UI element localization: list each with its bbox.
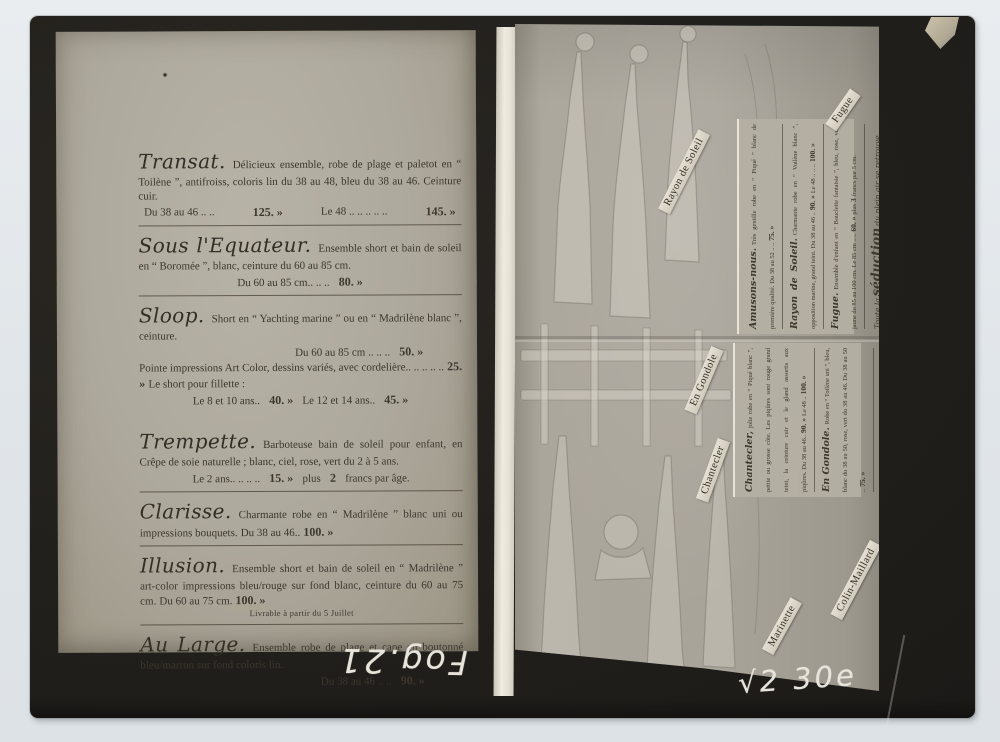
entry-title: Amusons-nous. bbox=[748, 248, 759, 329]
section-description: Sloop.Short en “ Yachting marine ” ou en… bbox=[139, 302, 462, 343]
text-segment: 50. » bbox=[399, 344, 423, 358]
text-segment: Le 12 et 14 ans.. bbox=[302, 394, 375, 406]
right-catalog-page: Amusons-nous.Très gentille robe en “ Piq… bbox=[515, 24, 879, 691]
text-segment: Le short pour fillette : bbox=[149, 378, 246, 390]
entry-title: Rayon de Soleil. bbox=[789, 238, 800, 329]
section-title: Clarisse. bbox=[140, 499, 232, 523]
section-description: Trempette.Barboteuse bain de soleil pour… bbox=[139, 428, 462, 469]
text-segment: Le 48 .. .. .. bbox=[810, 164, 817, 193]
text-segment: francs par 5 cm. bbox=[851, 155, 858, 196]
rotated-catalog-panel-lower: Chantecler,jolie robe en “ Piqué blanc ”… bbox=[733, 343, 861, 497]
text-segment: Du 38 au 52 .. .. bbox=[769, 243, 776, 284]
text-segment: Du 60 au 85 cm.. .. .. bbox=[237, 277, 329, 289]
price-line: Le 8 et 10 ans..40. »Le 12 et 14 ans..45… bbox=[139, 392, 462, 409]
section-title: Sous l'Equateur. bbox=[139, 233, 312, 258]
price-line: Du 60 au 85 cm .. .. ..50. » bbox=[139, 344, 462, 361]
text-segment: 125. » bbox=[253, 205, 283, 220]
section-description: Transat.Délicieux ensemble, robe de plag… bbox=[138, 148, 461, 203]
text-segment: Du 38 au 46 .. bbox=[810, 212, 817, 248]
text-segment: plus bbox=[851, 204, 858, 215]
left-catalog-page: Transat.Délicieux ensemble, robe de plag… bbox=[56, 30, 479, 653]
text-segment: 100. » bbox=[799, 376, 808, 395]
text-segment: 90. » bbox=[808, 195, 817, 210]
section-title: Trempette. bbox=[139, 429, 256, 454]
entry-body: jolie robe en “ Piqué blanc ”, petite ou… bbox=[747, 348, 808, 492]
section-extra-text: Pointe impressions Art Color, dessins va… bbox=[139, 359, 462, 391]
section-description: Clarisse.Charmante robe en “ Madrilène ”… bbox=[140, 498, 463, 540]
rotated-catalog-panel-upper: Amusons-nous.Très gentille robe en “ Piq… bbox=[737, 119, 854, 334]
text-segment: 100. » bbox=[303, 525, 333, 539]
entry-chantecler: Chantecler,jolie robe en “ Piqué blanc ”… bbox=[738, 348, 815, 492]
text-segment: 100. » bbox=[808, 143, 817, 162]
section-illusion: Illusion.Ensemble short et bain de solei… bbox=[140, 552, 463, 625]
text-segment: 90. » bbox=[799, 418, 808, 433]
text-segment: 60. » bbox=[849, 217, 858, 232]
entry-title: En Gondole. bbox=[821, 427, 832, 492]
section-title: Sloop. bbox=[139, 303, 205, 327]
text-segment: Le 48 .. .. .. .. .. bbox=[321, 204, 388, 220]
section-transat: Transat.Délicieux ensemble, robe de plag… bbox=[138, 148, 461, 227]
text-segment: 145. » bbox=[426, 204, 456, 219]
text-segment: Du 38 au 46 .. bbox=[978, 348, 1000, 492]
text-segment: 100. » bbox=[994, 444, 1000, 463]
text-segment: Du 38 au 46.. bbox=[241, 527, 301, 539]
price-line: Du 60 au 85 cm.. .. ..80. » bbox=[139, 274, 462, 291]
section-divider bbox=[140, 623, 463, 625]
text-segment: 80. » bbox=[339, 274, 363, 288]
photo-seam-highlight bbox=[515, 340, 879, 342]
section-divider bbox=[139, 294, 462, 296]
text-segment: Le 2 ans.. .. .. .. bbox=[193, 473, 261, 485]
price-line: Le 2 ans.. .. .. ..15. »plus2francs par … bbox=[140, 470, 463, 487]
text-segment: Pointe impressions Art Color, dessins va… bbox=[139, 361, 444, 374]
entry-rayon-de-soleil: Rayon de Soleil.Charmante robe en “ Voil… bbox=[783, 124, 824, 329]
section-divider bbox=[138, 224, 461, 226]
section-divider bbox=[140, 544, 463, 546]
text-segment: francs par âge. bbox=[345, 472, 409, 484]
section-description: Sous l'Equateur.Ensemble short et bain d… bbox=[139, 232, 462, 273]
entry-amusons-nous: Amusons-nous.Très gentille robe en “ Piq… bbox=[742, 124, 783, 329]
section-title: Au Large. bbox=[140, 632, 245, 656]
entry-fugue: Fugue.Ensemble d'enfant en “ Bouclette f… bbox=[824, 124, 865, 329]
section-sloop: Sloop.Short en “ Yachting marine ” ou en… bbox=[139, 302, 463, 423]
text-segment: 75. » bbox=[767, 226, 776, 241]
entry-en-gondole: En Gondole.Robe en “ Toilène uni ”, bleu… bbox=[815, 348, 874, 492]
text-segment: Le 48 .. bbox=[801, 396, 808, 416]
text-segment: Du 60 au 75 cm. bbox=[159, 595, 232, 607]
availability-note: Livrable à partir du 5 Juillet bbox=[140, 607, 463, 619]
page-gap-strip bbox=[494, 27, 517, 696]
text-segment: 40. » bbox=[269, 393, 293, 407]
text-segment: 75. » bbox=[858, 472, 867, 487]
section-title: Transat. bbox=[138, 149, 226, 173]
price-line: Du 38 au 46 .. ..125. »Le 48 .. .. .. ..… bbox=[138, 204, 461, 221]
text-segment: plus bbox=[302, 473, 320, 485]
text-segment: Du 38 au 46 .. .. bbox=[144, 205, 215, 221]
text-segment: 45. » bbox=[384, 392, 408, 406]
photo-seam bbox=[515, 336, 879, 339]
spacer bbox=[139, 407, 462, 422]
section-title: Illusion. bbox=[140, 553, 225, 577]
entry-title: Fugue. bbox=[830, 293, 841, 329]
text-segment: Du 60 au 85 cm .. .. .. bbox=[295, 346, 390, 358]
text-segment: Le 85 cm .. .. bbox=[851, 234, 858, 268]
photograph-of-catalog-pages: Transat.Délicieux ensemble, robe de plag… bbox=[0, 0, 1000, 742]
entry-title: Chantecler, bbox=[744, 431, 755, 492]
section-trempette: Trempette.Barboteuse bain de soleil pour… bbox=[139, 428, 462, 492]
section-description: Illusion.Ensemble short et bain de solei… bbox=[140, 552, 463, 608]
section-sous-l-equateur: Sous l'Equateur.Ensemble short et bain d… bbox=[139, 232, 462, 296]
section-divider bbox=[140, 490, 463, 492]
text-segment: 3 bbox=[849, 198, 858, 202]
section-clarisse: Clarisse.Charmante robe en “ Madrilène ”… bbox=[140, 498, 463, 546]
text-segment: 100. » bbox=[235, 593, 265, 607]
text-segment: 15. » bbox=[269, 471, 293, 485]
text-segment: 2 bbox=[330, 471, 336, 485]
handwritten-annotation-left: Fog.21 bbox=[337, 641, 468, 682]
price-list-column: Transat.Délicieux ensemble, robe de plag… bbox=[56, 30, 479, 690]
text-segment: Du 38 au 46.. bbox=[801, 435, 808, 470]
text-segment: Le 8 et 10 ans.. bbox=[193, 395, 260, 407]
